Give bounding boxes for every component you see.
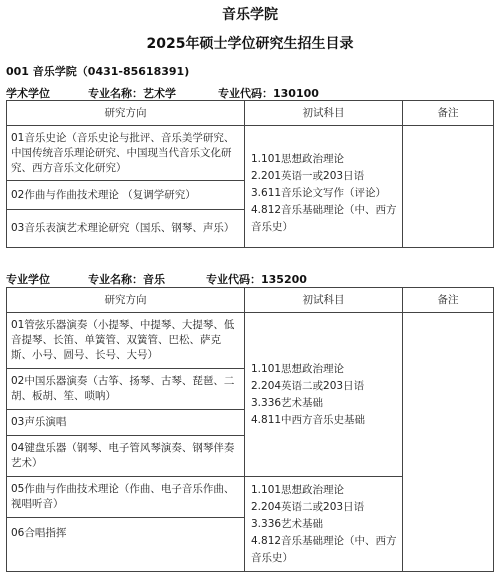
department-info: 001 音乐学院（0431-85618391) [6, 63, 189, 79]
direction-cell: 02作曲与作曲技术理论 （复调学研究） [7, 181, 244, 209]
direction-cell: 03声乐演唱 [7, 410, 244, 435]
direction-cell: 06合唱指挥 [7, 518, 244, 571]
major-code: 专业代码：135200 [206, 271, 307, 287]
direction-cell: 04键盘乐器（钢琴、电子管风琴演奏、钢琴伴奏艺术） [7, 436, 244, 476]
exam-subjects-cell: 1.101思想政治理论 2.204英语二或203日语 3.336艺术基础 4.8… [245, 477, 402, 571]
exam-subject: 2.201英语一或203日语 [251, 168, 398, 185]
remark-cell [403, 126, 493, 247]
program-2-table: 研究方向 初试科目 备注 01管弦乐器演奏（小提琴、中提琴、大提琴、低音提琴、长… [6, 287, 494, 572]
degree-type: 学术学位 [6, 85, 50, 101]
direction-cell: 01管弦乐器演奏（小提琴、中提琴、大提琴、低音提琴、长笛、单簧管、双簧管、巴松、… [7, 313, 244, 368]
header-direction: 研究方向 [7, 288, 244, 312]
direction-cell: 03音乐表演艺术理论研究（国乐、钢琴、声乐） [7, 210, 244, 247]
header-direction: 研究方向 [7, 101, 244, 125]
exam-subject: 1.101思想政治理论 [251, 482, 398, 499]
exam-subject: 4.812音乐基础理论（中、西方音乐史） [251, 202, 398, 236]
major-name: 专业名称：艺术学 [88, 85, 176, 101]
direction-cell: 02中国乐器演奏（古筝、扬琴、古琴、琵琶、二胡、板胡、笙、唢呐） [7, 369, 244, 409]
program-1-table: 研究方向 初试科目 备注 01音乐史论（音乐史论与批评、音乐美学研究、中国传统音… [6, 100, 494, 248]
exam-subject: 3.336艺术基础 [251, 516, 398, 533]
degree-type: 专业学位 [6, 271, 50, 287]
exam-subjects-cell: 1.101思想政治理论 2.201英语一或203日语 3.611音乐论文写作（评… [245, 126, 402, 247]
school-title: 音乐学院 [0, 4, 500, 24]
header-exam: 初试科目 [245, 101, 402, 125]
catalog-title: 2025年硕士学位研究生招生目录 [0, 33, 500, 53]
header-remark: 备注 [403, 288, 493, 312]
major-name: 专业名称：音乐 [88, 271, 165, 287]
major-code: 专业代码：130100 [218, 85, 319, 101]
exam-subject: 4.812音乐基础理论（中、西方音乐史） [251, 533, 398, 567]
header-remark: 备注 [403, 101, 493, 125]
exam-subjects-cell: 1.101思想政治理论 2.204英语二或203日语 3.336艺术基础 4.8… [245, 313, 402, 476]
exam-subject: 1.101思想政治理论 [251, 151, 398, 168]
direction-cell: 01音乐史论（音乐史论与批评、音乐美学研究、中国传统音乐理论研究、中国现当代音乐… [7, 126, 244, 180]
exam-subject: 3.336艺术基础 [251, 395, 398, 412]
exam-subject: 2.204英语二或203日语 [251, 378, 398, 395]
exam-subject: 3.611音乐论文写作（评论） [251, 185, 398, 202]
remark-cell [403, 313, 493, 571]
header-exam: 初试科目 [245, 288, 402, 312]
exam-subject: 4.811中西方音乐史基础 [251, 412, 398, 429]
exam-subject: 2.204英语二或203日语 [251, 499, 398, 516]
exam-subject: 1.101思想政治理论 [251, 361, 398, 378]
direction-cell: 05作曲与作曲技术理论（作曲、电子音乐作曲、视唱听音） [7, 477, 244, 517]
